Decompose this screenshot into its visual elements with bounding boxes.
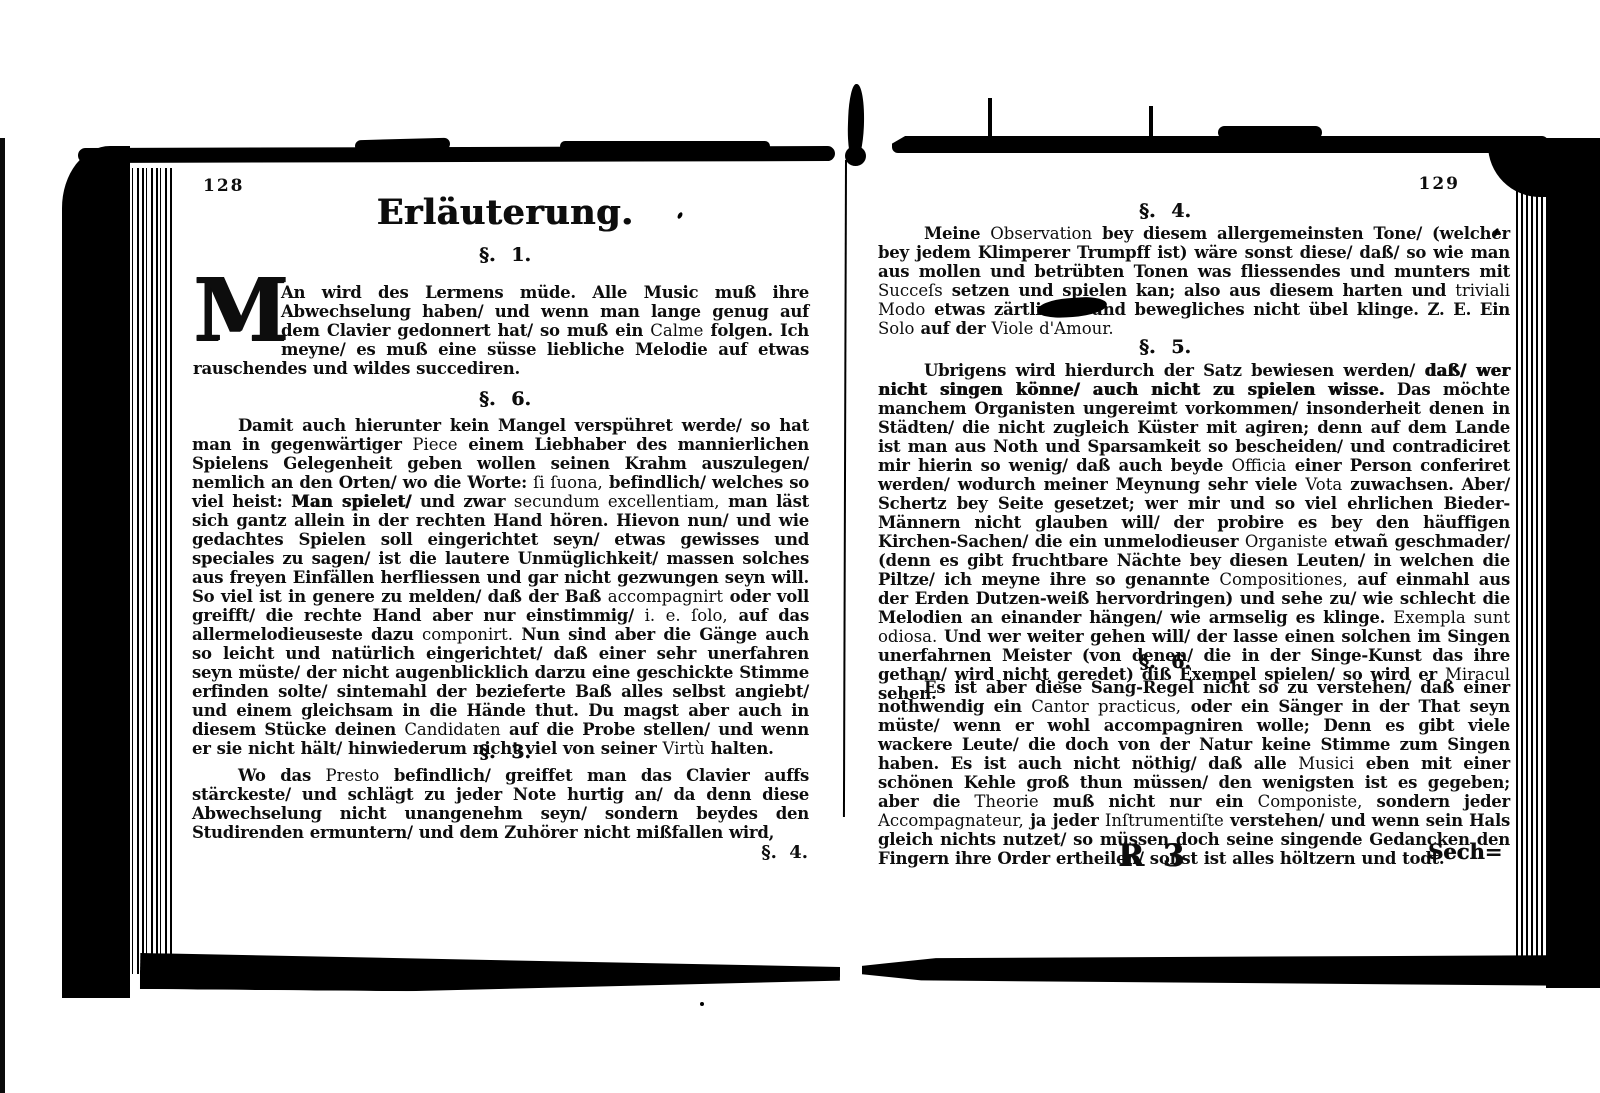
scan-edge-line	[0, 138, 5, 1093]
book-scan: 128 Erläuterung. §. 1. M An wird des Ler…	[0, 0, 1600, 1093]
page-top-edge-bump	[560, 141, 770, 151]
paragraph-section-2: Damit auch hierunter kein Mangel verspüh…	[192, 416, 809, 758]
paragraph-section-4: Meine Observation bey diesem allergemein…	[878, 224, 1510, 338]
paragraph-section-6: Es ist aber diese Sang-Regel nicht so zu…	[878, 678, 1510, 868]
section-head-5: §. 5.	[1065, 336, 1265, 358]
signature-mark: R 3	[1118, 838, 1184, 874]
section-head-6: §. 6.	[1065, 651, 1265, 673]
catchword-left: §. 4.	[733, 842, 808, 863]
page-number-right: 129	[1395, 174, 1460, 194]
page-number-left: 128	[203, 176, 245, 196]
catchword-right: Sech=	[1428, 839, 1523, 864]
gutter-ink-blob	[845, 146, 866, 166]
paragraph-section-3: Wo das Presto befindlich/ greiffet man d…	[192, 766, 809, 842]
page-stack-left	[128, 168, 172, 974]
page-edge-spike	[1149, 106, 1153, 140]
ink-speck	[700, 1002, 704, 1006]
ornamental-initial: M	[193, 284, 273, 341]
section-head-1: §. 1.	[405, 244, 605, 266]
page-corner-shadow	[1488, 145, 1546, 197]
page-top-edge-bump	[355, 138, 450, 152]
page-edge-spike	[988, 98, 992, 140]
book-edge-left	[62, 146, 130, 998]
section-head-4: §. 4.	[1065, 200, 1265, 222]
page-bottom-edge-left	[140, 953, 840, 995]
book-edge-right	[1546, 138, 1600, 988]
paragraph-section-1: M An wird des Lermens müde. Alle Music m…	[193, 283, 809, 378]
page-top-edge-bump	[1218, 126, 1322, 139]
gutter-fold-line	[843, 160, 847, 817]
section-head-2: §. 6.	[405, 388, 605, 410]
page-bottom-edge-right	[862, 955, 1600, 986]
section-head-3: §. 3.	[405, 741, 605, 763]
page-heading: Erläuterung.	[300, 192, 710, 233]
